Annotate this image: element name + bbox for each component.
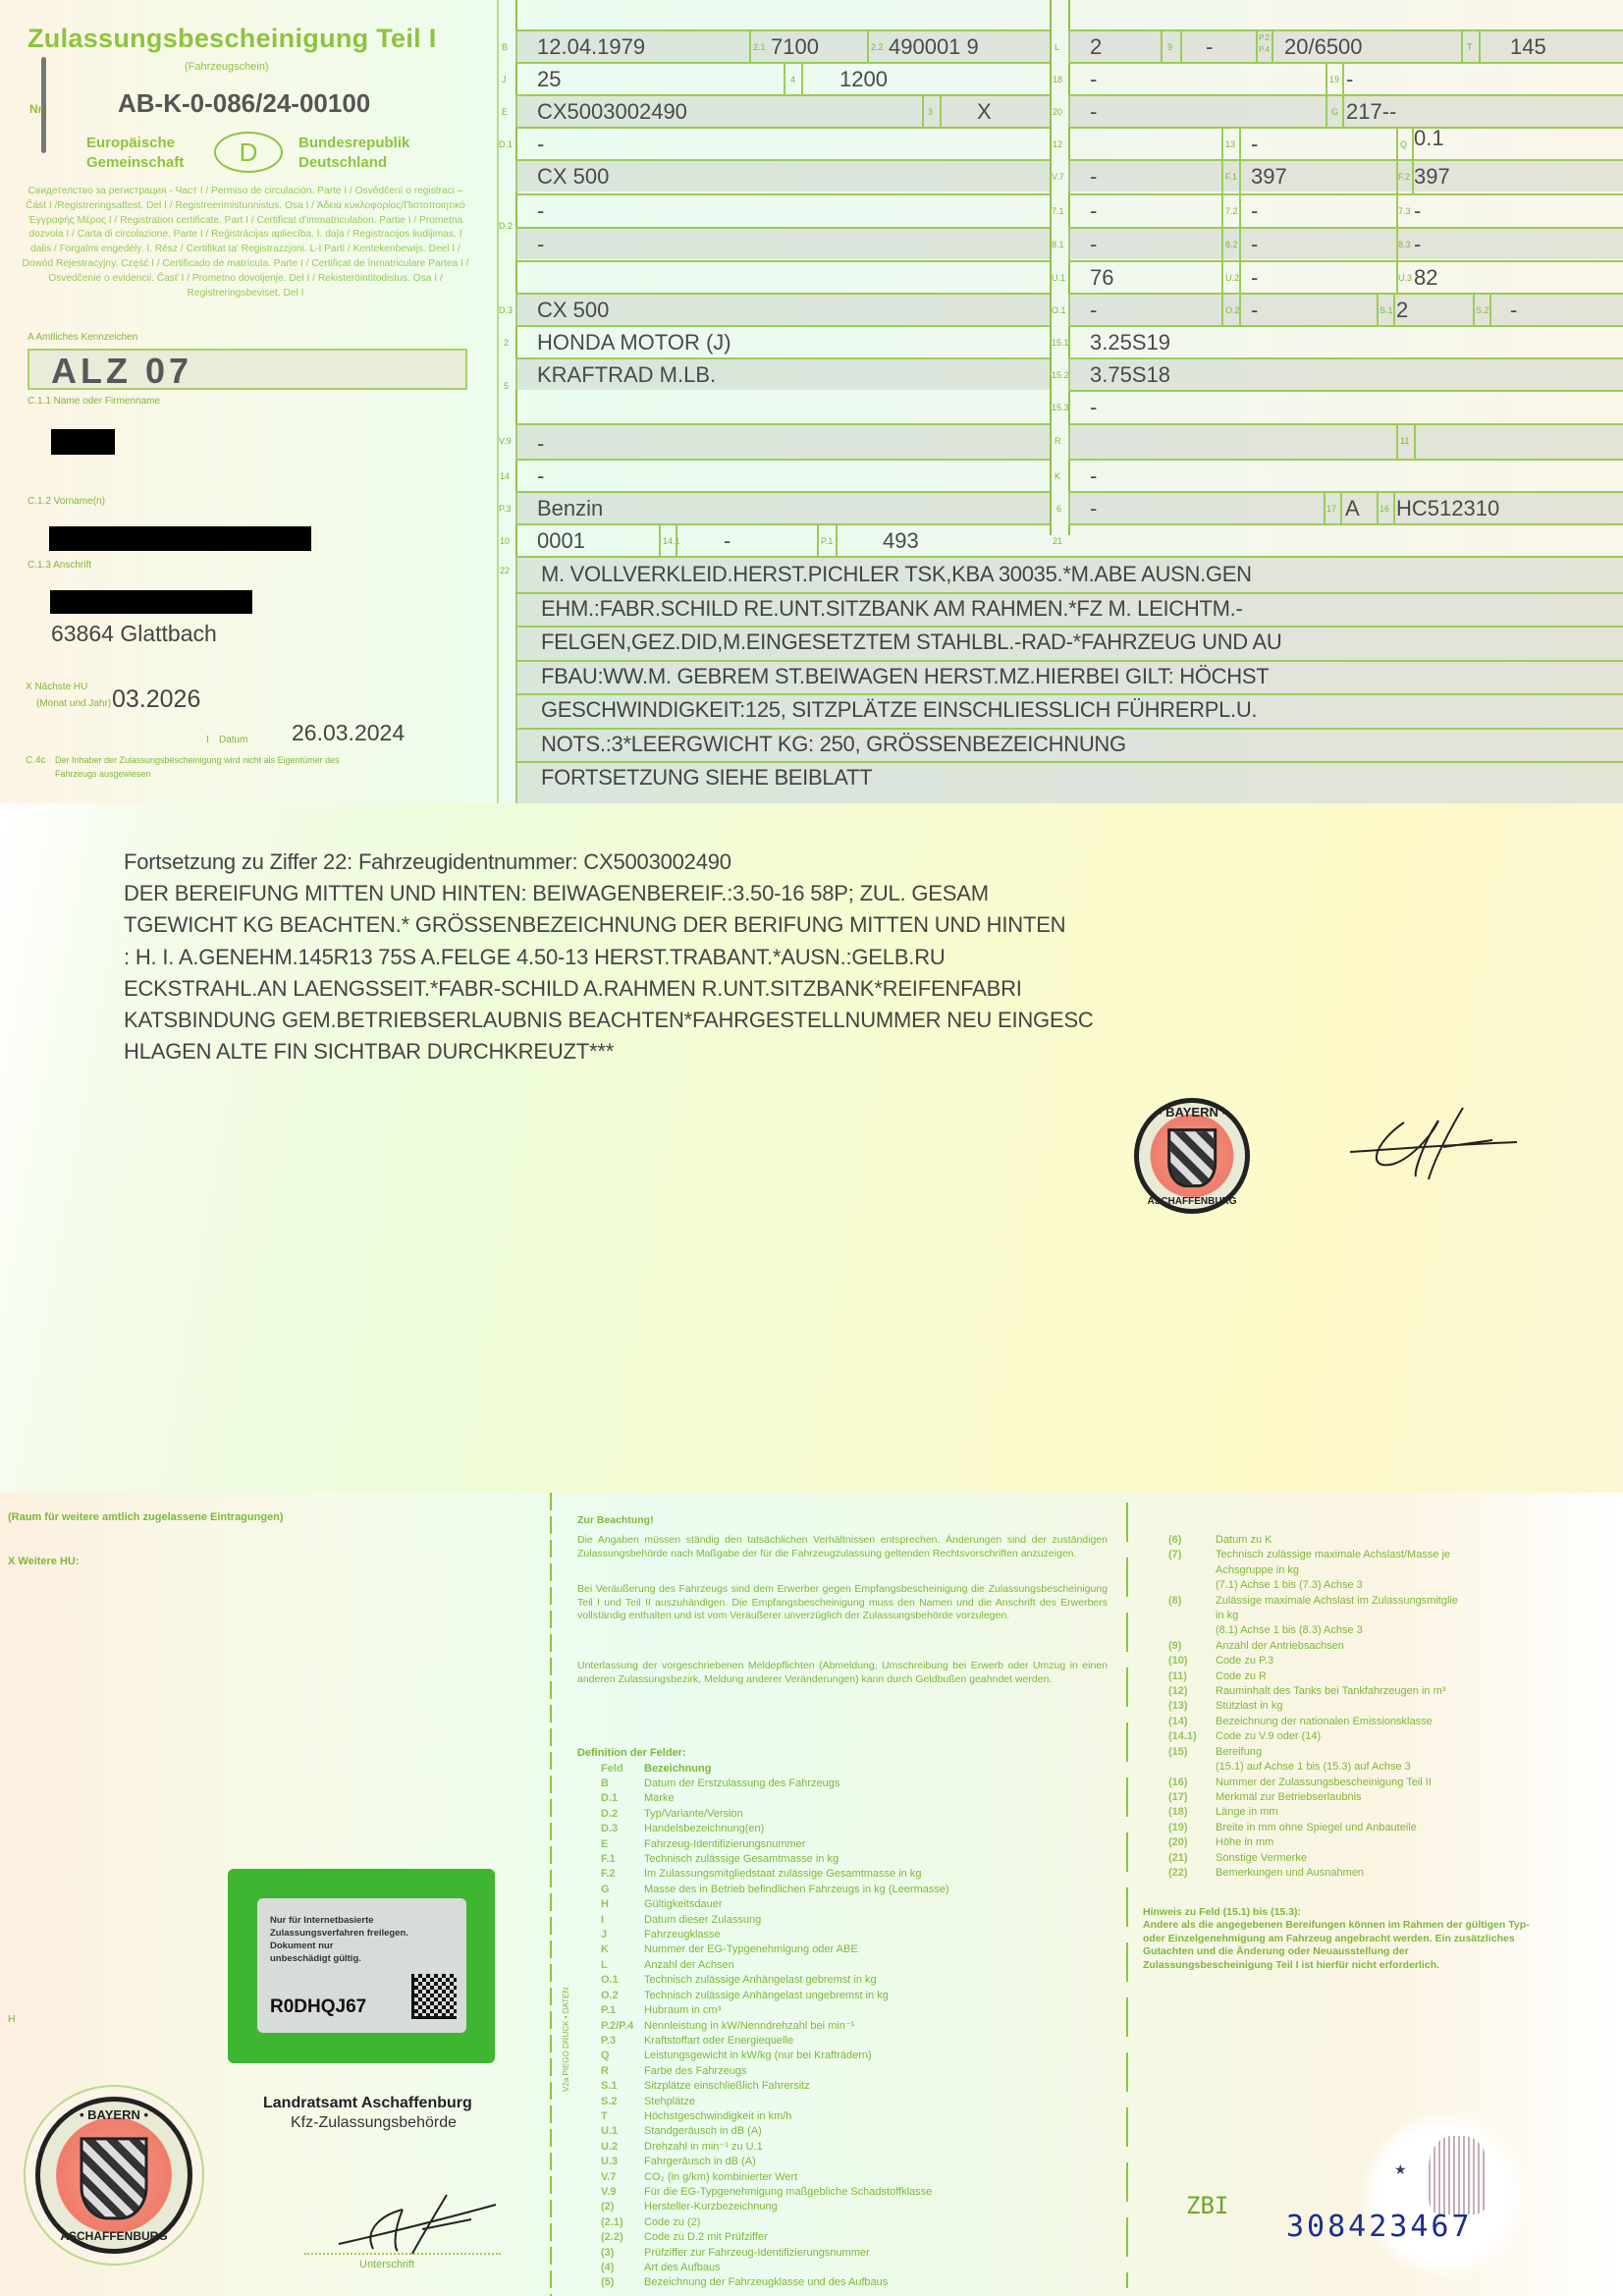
value-height: - [1090,99,1097,125]
label-20: 20 [1053,107,1062,117]
definition-key: U.2 [601,2140,644,2155]
value-driving-noise: 82 [1414,265,1437,291]
label-s2: S.2 [1476,305,1489,315]
holder-panel: Zulassungsbescheinigung Teil I (Fahrzeug… [0,0,489,803]
definition-text: Datum zu K [1216,1534,1271,1546]
hint-title: Hinweis zu Feld (15.1) bis (15.3): [1143,1906,1301,1920]
definition-row: V.7CO₂ (in g/km) kombinierter Wert [601,2170,949,2185]
definition-key: F.2 [601,1867,644,1882]
signature-back-icon [334,2190,501,2259]
remark-line: FORTSETZUNG SIEHE BEIBLATT [541,765,872,791]
definition-text: Bezeichnung der Fahrzeugklasse und des A… [644,2276,888,2288]
signature-label: Unterschrift [359,2259,414,2272]
definition-text: Farbe des Fahrzeugs [644,2065,747,2077]
remark-rule [515,693,1623,695]
value-standing-noise: 76 [1090,265,1113,291]
definition-row: HGültigkeitsdauer [601,1897,949,1912]
definition-text: (15.1) auf Achse 1 bis (15.3) auf Achse … [1216,1761,1411,1773]
eu-line-2: Gemeinschaft [86,153,184,173]
sep [749,31,751,64]
definition-key: U.3 [601,2155,644,2169]
value-co2: - [1090,164,1097,190]
remark-rule [515,660,1623,662]
label-2: 2 [504,338,509,348]
notice-title: Zur Beachtung! [577,1514,654,1528]
value-length: - [1090,67,1097,92]
definition-row: EFahrzeug-Identifizierungsnummer [601,1837,949,1852]
label-15-3: 15.3 [1052,403,1069,412]
license-plate: ALZ 07 [51,351,192,392]
label-6: 6 [1056,504,1061,514]
definition-text: Art des Aufbaus [644,2262,721,2273]
sep [1414,425,1416,461]
value-seats: 2 [1396,298,1408,323]
value-emission-class: - [537,431,544,457]
sep [659,525,661,558]
value-displacement: 493 [883,528,919,554]
definition-text: Bemerkungen und Ausnahmen [1216,1867,1364,1879]
label-18: 18 [1053,75,1062,84]
label-15-2: 15.2 [1052,370,1069,380]
brd-label: Bundesrepublik Deutschland [298,134,409,173]
value-permitted-mass: 397 [1414,164,1450,190]
value-10: 0001 [537,528,585,554]
remark-rule [515,728,1623,730]
vehicle-data-grid: B 12.04.1979 2.1 7100 2.2 490001 9 J 25 … [497,0,1623,803]
definition-text: Nummer der Zulassungsbescheinigung Teil … [1216,1777,1432,1788]
definition-text: Hersteller-Kurzbezeichnung [644,2201,778,2213]
seal-bottom-text: ASCHAFFENBURG [40,2229,188,2243]
definition-key: (16) [1168,1776,1216,1790]
sticker-line: Dokument nur [270,1940,408,1952]
sep [1377,295,1379,327]
sep [1221,295,1223,327]
definition-key: I [601,1913,644,1928]
definition-row: S.2Stehplätze [601,2095,949,2109]
label-u2: U.2 [1225,273,1239,283]
definition-row: (2.2)Code zu D.2 mit Prüfziffer [601,2230,949,2245]
redacted-street [50,590,252,614]
sep [1161,31,1163,64]
definition-row: (15)Bereifung [1168,1745,1542,1760]
value-3: X [977,99,992,125]
label-14: 14 [500,471,510,481]
row-v7: V.7 - F.1 397 F.2 397 [1068,159,1623,191]
value-brand: - [537,132,544,157]
fold-line [550,1493,552,2296]
definition-row: F.2Im Zulassungsmitgliedstaat zulässige … [601,1867,949,1882]
definition-row: (11)Code zu R [1168,1669,1542,1684]
row-2: 2 HONDA MOTOR (J) [515,325,1050,357]
definition-row: (14)Bezeichnung der nationalen Emissions… [1168,1715,1542,1729]
label-p4: P.4 [1259,45,1270,54]
label-q: Q [1400,139,1407,149]
header-field: Feld [601,1762,644,1777]
value-14: - [537,464,544,489]
value-17: A [1345,496,1360,521]
label-o2: O.2 [1225,305,1240,315]
value-type-approval: - [1090,464,1097,489]
definition-key: (14) [1168,1715,1216,1729]
definition-text: Rauminhalt des Tanks bei Tankfahrzeugen … [1216,1685,1445,1697]
definition-key: (2.2) [601,2230,644,2245]
redacted-name [51,429,115,455]
definition-row: (3)Prüfziffer zur Fahrzeug-Identifizieru… [601,2246,949,2261]
row-15-1: 15.1 3.25S19 [1068,325,1623,357]
document-title: Zulassungsbescheinigung Teil I [27,24,437,54]
definition-row: LAnzahl der Achsen [601,1958,949,1973]
definition-text: Kraftstoffart oder Energiequelle [644,2035,793,2047]
header-name: Bezeichnung [644,1763,711,1775]
definition-key: (18) [1168,1805,1216,1820]
online-registration-sticker[interactable]: Nur für Internetbasierte Zulassungsverfa… [228,1869,495,2063]
label-d3: D.3 [499,305,513,315]
next-hu-label: X Nächste HU [26,682,87,692]
sep [1239,262,1241,295]
star-icon: ★ [1394,2161,1407,2178]
label-8-3: 8.3 [1398,240,1411,249]
c4c-text-1: Der Inhaber der Zulassungsbescheinigung … [55,755,340,765]
definition-row: D.3Handelsbezeichnung(en) [601,1822,949,1836]
value-version: - [537,232,544,257]
definition-text: Handelsbezeichnung(en) [644,1823,764,1834]
sep [1221,195,1223,228]
label-22: 22 [500,566,510,575]
definition-text: Code zu (2) [644,2216,700,2228]
country-oval-icon: D [214,132,283,173]
value-2-1: 7100 [771,34,819,60]
label-o1: O.1 [1052,305,1066,315]
row-d2c: D.2 - [515,227,1050,259]
address-label: C.1.3 Anschrift [27,560,91,571]
official-seal-back-icon: • BAYERN • ASCHAFFENBURG [35,2097,192,2254]
definition-text: Marke [644,1792,675,1804]
definition-key: (20) [1168,1835,1216,1850]
row-7: 7.1 - 7.2 - 7.3 - [1068,193,1623,226]
definition-key: (2) [601,2200,644,2214]
sep [1180,31,1182,64]
definition-row: Achsgruppe in kg [1168,1563,1542,1578]
row-blank [515,260,1050,293]
definition-key: (4) [601,2261,644,2275]
sep [1489,295,1491,327]
label-8-1: 8.1 [1052,240,1064,249]
remark-rule [515,592,1623,594]
fold-line-2 [1126,1503,1128,2288]
label-d2: D.2 [499,221,513,231]
row-18: 18 - 19 - [1068,62,1623,94]
definition-row: P.1Hubraum in cm³ [601,2003,949,2018]
label-12: 12 [1053,139,1062,149]
definition-row: (6)Datum zu K [1168,1533,1542,1548]
definition-text: Sonstige Vermerke [1216,1852,1307,1864]
definition-row: (21)Sonstige Vermerke [1168,1851,1542,1866]
definition-row: (14.1)Code zu V.9 oder (14) [1168,1729,1542,1744]
label-u3: U.3 [1398,273,1412,283]
definition-row: (17)Merkmal zur Betriebserlaubnis [1168,1790,1542,1805]
definition-text: Im Zulassungsmitgliedstaat zulässige Ges… [644,1868,921,1880]
sep [1271,31,1273,64]
value-vin: CX5003002490 [537,99,687,125]
definition-text: Anzahl der Antriebsachsen [1216,1640,1344,1652]
space-label: (Raum für weitere amtlich zugelassene Ei… [8,1511,284,1525]
sep [1325,64,1327,96]
sep [1325,96,1327,129]
definition-text: Prüfziffer zur Fahrzeug-Identifizierungs… [644,2247,870,2259]
definition-row: S.1Sitzplätze einschließlich Fahrersitz [601,2079,949,2094]
definition-text: Typ/Variante/Version [644,1808,743,1820]
definition-row: F.1Technisch zulässige Gesamtmasse in kg [601,1852,949,1867]
definition-key: U.1 [601,2124,644,2139]
label-v9: V.9 [499,436,512,446]
value-7-3: - [1414,198,1421,224]
sep [1396,129,1398,161]
definition-key: P.1 [601,2003,644,2018]
definition-row: (5)Bezeichnung der Fahrzeugklasse und de… [601,2275,949,2290]
label-7-3: 7.3 [1398,206,1411,216]
notice-paragraph-3: Unterlassung der vorgeschriebenen Meldep… [577,1660,1108,1686]
bavaria-shield-icon [1167,1128,1217,1187]
remark-rule [515,761,1623,763]
definition-text: Standgeräusch in dB (A) [644,2125,762,2137]
sticker-line: unbeschädigt gültig. [270,1952,408,1965]
definition-row: (20)Höhe in mm [1168,1835,1542,1850]
definition-text: Gültigkeitsdauer [644,1898,723,1910]
definition-key: (7) [1168,1548,1216,1562]
definition-text: Sitzplätze einschließlich Fahrersitz [644,2080,810,2092]
definition-key: (10) [1168,1654,1216,1668]
definition-row: (10)Code zu P.3 [1168,1654,1542,1668]
definition-text: Höhe in mm [1216,1836,1273,1848]
definitions-header: FeldBezeichnung [601,1762,711,1777]
value-6: - [1090,496,1097,521]
notice-paragraph-1: Die Angaben müssen ständig den tatsächli… [577,1534,1108,1560]
name-label: C.1.1 Name oder Firmenname [27,396,160,407]
sep [1473,295,1475,327]
city: 63864 Glattbach [51,621,217,647]
definition-row: P.2/P.4Nennleistung in kW/Nenndrehzahl b… [601,2019,949,2034]
definition-key: V.9 [601,2185,644,2200]
row-15-3: 15.3 - [1068,390,1623,423]
sep [922,96,924,129]
value-power-weight: 0.1 [1414,126,1444,151]
label-r: R [1055,436,1061,446]
definition-row: (22)Bemerkungen und Ausnahmen [1168,1866,1542,1881]
sep [1221,161,1223,193]
label-l: L [1055,42,1059,52]
definition-text: Masse des in Betrieb befindlichen Fahrze… [644,1884,949,1895]
definition-row: O.2Technisch zulässige Anhängelast ungeb… [601,1989,949,2003]
definition-row: D.2Typ/Variante/Version [601,1807,949,1822]
definition-text: Fahrzeugklasse [644,1929,721,1941]
definition-text: Stehplätze [644,2096,695,2107]
registration-certificate-front: Zulassungsbescheinigung Teil I (Fahrzeug… [0,0,1623,803]
label-17: 17 [1326,504,1336,514]
definition-key: T [601,2109,644,2124]
definition-key: F.1 [601,1852,644,1867]
label-j: J [502,75,507,84]
definition-row: U.3Fahrgeräusch in dB (A) [601,2155,949,2169]
value-unbraked-trailer: - [1251,298,1258,323]
row-5: 5 KRAFTRAD M.LB. [515,357,1050,390]
sep [1461,31,1463,64]
remark-line: EHM.:FABR.SCHILD RE.UNT.SITZBANK AM RAHM… [541,596,1242,622]
value-13: - [1251,132,1258,157]
value-tyre-axle-2: 3.75S18 [1090,362,1170,388]
definition-key: G [601,1883,644,1897]
definition-text: (8.1) Achse 1 bis (8.3) Achse 3 [1216,1624,1363,1636]
sep [1479,31,1481,64]
label-13: 13 [1225,139,1235,149]
definition-row: (8.1) Achse 1 bis (8.3) Achse 3 [1168,1623,1542,1638]
definition-key: E [601,1837,644,1852]
brd-line-2: Deutschland [298,153,409,173]
eu-line-1: Europäische [86,134,184,153]
definition-key: O.2 [601,1989,644,2003]
definition-row: (13)Stützlast in kg [1168,1699,1542,1714]
label-p1: P.1 [821,536,833,546]
definition-key: (12) [1168,1684,1216,1699]
seal-top-text: • BAYERN • [1139,1105,1245,1120]
label-2-1: 2.1 [753,42,766,52]
h-label: H [8,2013,16,2027]
continuation-line: : H. I. A.GENEHM.145R13 75S A.FELGE 4.50… [124,945,946,970]
sep [1256,31,1258,64]
definition-key: P.2/P.4 [601,2019,644,2034]
sep [1342,96,1344,129]
definition-text: Code zu V.9 oder (14) [1216,1730,1321,1742]
label-d1: D.1 [499,139,513,149]
definition-row: GMasse des in Betrieb befindlichen Fahrz… [601,1883,949,1897]
continuation-line: HLAGEN ALTE FIN SICHTBAR DURCHKREUZT*** [124,1039,614,1065]
definition-text: Code zu R [1216,1670,1267,1682]
definition-row: P.3Kraftstoffart oder Energiequelle [601,2034,949,2049]
value-variant: - [537,198,544,224]
definition-key: (3) [601,2246,644,2261]
value-8-1: - [1090,232,1097,257]
definition-row: (9)Anzahl der Antriebsachsen [1168,1639,1542,1654]
row-j: J 25 4 1200 [515,62,1050,94]
brd-line-1: Bundesrepublik [298,134,409,153]
value-power: 20/6500 [1284,34,1363,60]
authority-department: Kfz-Zulassungsbehörde [291,2114,457,2132]
remark-line: FELGEN,GEZ.DID,M.EINGESETZTEM STAHLBL.-R… [541,629,1281,655]
definition-key: (9) [1168,1639,1216,1654]
label-10: 10 [500,536,510,546]
definition-key: (15) [1168,1745,1216,1760]
seal-bottom-text: ASCHAFFENBURG [1139,1196,1245,1207]
definition-row: U.2Drehzahl in min⁻¹ zu U.1 [601,2140,949,2155]
row-20: 20 - G 217-- [1068,94,1623,127]
row-15-2: 15.2 3.75S18 [1068,357,1623,390]
value-axles: 2 [1090,34,1102,60]
datamatrix-code-icon [411,1974,457,2019]
definition-key: Q [601,2049,644,2063]
definition-key: (14.1) [1168,1729,1216,1744]
label-4: 4 [790,75,795,84]
sticker-line: Zulassungsverfahren freilegen. [270,1927,408,1940]
sep [1239,195,1241,228]
definition-key: (6) [1168,1533,1216,1548]
label-g: G [1331,107,1338,117]
definition-row: V.9Für die EG-Typgenehmigung maßgebliche… [601,2185,949,2200]
sep [940,96,942,129]
row-b: B 12.04.1979 2.1 7100 2.2 490001 9 [515,29,1050,62]
definition-text: in kg [1216,1610,1238,1621]
row-d1: D.1 - [515,127,1050,159]
definition-key: P.3 [601,2034,644,2049]
definition-row: IDatum dieser Zulassung [601,1913,949,1928]
sep [1393,295,1395,327]
value-tyre-axle-3: - [1090,395,1097,420]
definition-text: Bereifung [1216,1746,1262,1758]
row-l: L 2 9 - P.2 P.4 20/6500 T 145 [1068,29,1623,62]
definition-text: Anzahl der Achsen [644,1959,734,1971]
sep [1239,295,1241,327]
license-plate-box: ALZ 07 [27,349,467,390]
definition-text: Nennleistung in kW/Nenndrehzahl bei min⁻… [644,2020,854,2032]
value-2-2: 490001 9 [889,34,979,60]
serial-number: 308423467 [1286,2210,1473,2244]
grid-divider [1050,0,1052,535]
definition-text: Zulässige maximale Achslast im Zulassung… [1216,1595,1458,1607]
definition-row: QLeistungsgewicht in kW/kg (nur bei Kraf… [601,2049,949,2063]
definition-key: (17) [1168,1790,1216,1805]
document-number: AB-K-0-086/24-00100 [118,88,370,119]
row-10: 10 0001 14.1 - P.1 493 [515,523,1050,556]
definition-row: (16)Nummer der Zulassungsbescheinigung T… [1168,1776,1542,1790]
sep [1377,493,1379,525]
definition-text: Technisch zulässige Gesamtmasse in kg [644,1853,839,1865]
remark-line: NOTS.:3*LEERGWICHT KG: 250, GRÖSSENBEZEI… [541,732,1126,757]
definition-text: Technisch zulässige Anhängelast ungebrem… [644,1990,889,2001]
definition-key: H [601,1897,644,1912]
value-7-1: - [1090,198,1097,224]
date-label: Datum [219,735,247,745]
row-d2b: - [515,193,1050,226]
value-standing-places: - [1510,298,1517,323]
definition-key: B [601,1777,644,1791]
bavaria-shield-icon [81,2137,148,2219]
definition-row: O.1Technisch zulässige Anhängelast gebre… [601,1973,949,1988]
plate-label: A Amtliches Kennzeichen [27,332,137,343]
redacted-firstname [49,526,311,551]
value-empty-mass: 217-- [1346,99,1396,125]
value-width: - [1346,67,1353,92]
nr-label: Nr [29,102,42,116]
definition-row: (18)Länge in mm [1168,1805,1542,1820]
definition-key: (8) [1168,1594,1216,1609]
value-8-2: - [1251,232,1258,257]
row-p3: P.3 Benzin [515,491,1050,523]
row-8: 8.1 - 8.2 - 8.3 - [1068,227,1623,259]
definition-text: Bezeichnung der nationalen Emissionsklas… [1216,1716,1433,1727]
definition-text: Leistungsgewicht in kW/kg (nur bei Kraft… [644,2050,872,2061]
next-hu-date: 03.2026 [112,685,200,714]
definition-key: D.2 [601,1807,644,1822]
definition-row: (4)Art des Aufbaus [601,2261,949,2275]
label-11: 11 [1400,436,1409,446]
value-9: - [1206,34,1213,60]
definition-row: (2.1)Code zu (2) [601,2215,949,2230]
row-5b [515,390,1050,423]
row-r: R 11 [1068,423,1623,459]
i-label: I [206,735,209,745]
value-first-registration: 12.04.1979 [537,34,645,60]
label-8-2: 8.2 [1225,240,1238,249]
definition-row: RFarbe des Fahrzeugs [601,2064,949,2079]
definition-text: Fahrzeug-Identifizierungsnummer [644,1838,805,1850]
